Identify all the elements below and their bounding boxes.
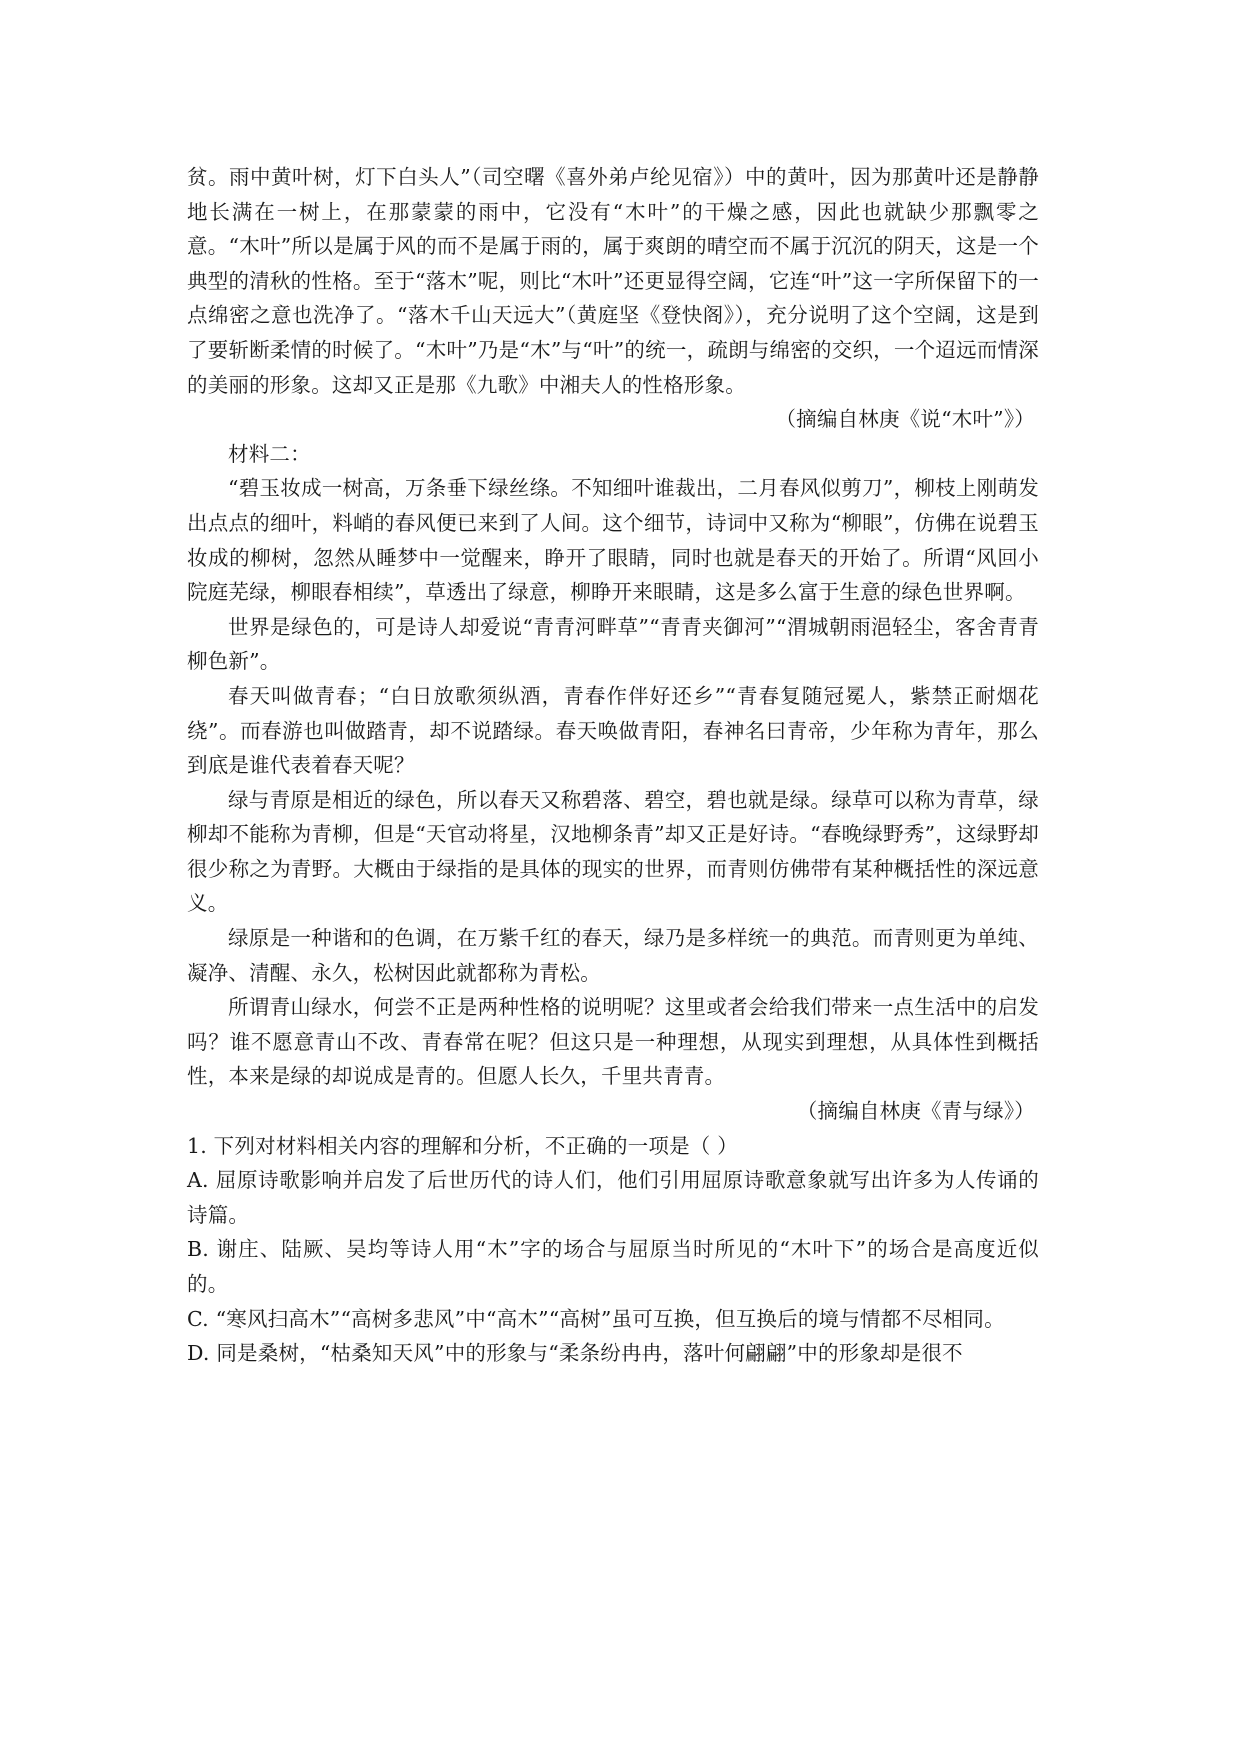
material-two-heading: 材料二： (187, 437, 1039, 472)
material-one-source: （摘编自林庚《说“木叶”》） (187, 402, 1039, 437)
exam-page: 贫。雨中黄叶树，灯下白头人”（司空曙《喜外弟卢纶见宿》）中的黄叶，因为那黄叶还是… (187, 160, 1039, 1371)
material-two-paragraph: 春天叫做青春；“白日放歌须纵酒，青春作伴好还乡”“青春复随冠冕人，紫禁正耐烟花绕… (187, 679, 1039, 783)
material-two-source: （摘编自林庚《青与绿》） (187, 1094, 1039, 1129)
material-two-paragraph: 世界是绿色的，可是诗人却爱说“青青河畔草”“青青夹御河”“渭城朝雨浥轻尘，客舍青… (187, 610, 1039, 679)
question-1-option-c: C. “寒风扫高木”“高树多悲风”中“高木”“高树”虽可互换，但互换后的境与情都… (187, 1302, 1039, 1337)
question-1-option-a: A. 屈原诗歌影响并启发了后世历代的诗人们，他们引用屈原诗歌意象就写出许多为人传… (187, 1163, 1039, 1232)
question-1-stem: 1. 下列对材料相关内容的理解和分析，不正确的一项是（ ） (187, 1129, 1039, 1164)
question-1-option-b: B. 谢庄、陆厥、吴均等诗人用“木”字的场合与屈原当时所见的“木叶下”的场合是高… (187, 1232, 1039, 1301)
material-two-paragraph: 绿与青原是相近的绿色，所以春天又称碧落、碧空，碧也就是绿。绿草可以称为青草，绿柳… (187, 783, 1039, 921)
material-two-paragraph: 所谓青山绿水，何尝不正是两种性格的说明呢？这里或者会给我们带来一点生活中的启发吗… (187, 990, 1039, 1094)
question-1-option-d: D. 同是桑树，“枯桑知天风”中的形象与“柔条纷冉冉，落叶何翩翩”中的形象却是很… (187, 1336, 1039, 1371)
material-one-closing-paragraph: 贫。雨中黄叶树，灯下白头人”（司空曙《喜外弟卢纶见宿》）中的黄叶，因为那黄叶还是… (187, 160, 1039, 402)
material-two-paragraph: “碧玉妆成一树高，万条垂下绿丝绦。不知细叶谁裁出，二月春风似剪刀”，柳枝上刚萌发… (187, 471, 1039, 609)
material-two-paragraph: 绿原是一种谐和的色调，在万紫千红的春天，绿乃是多样统一的典范。而青则更为单纯、凝… (187, 921, 1039, 990)
